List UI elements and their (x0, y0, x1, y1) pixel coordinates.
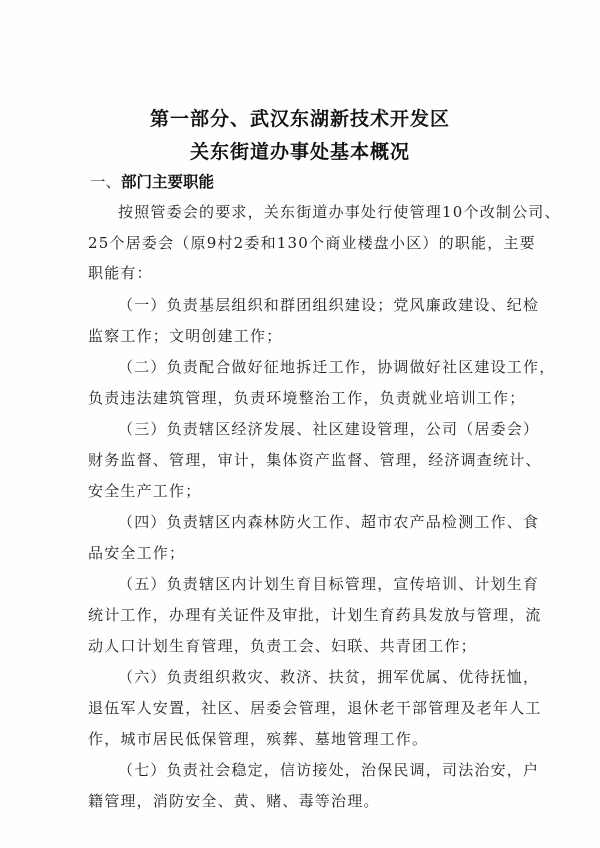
document-page: 第一部分、武汉东湖新技术开发区 关东街道办事处基本概况 一、部门主要职能 按照管… (0, 0, 600, 848)
paragraph-line: 负责违法建筑管理，负责环境整治工作，负责就业培训工作； (88, 387, 528, 408)
paragraph-line: 按照管委会的要求，关东街道办事处行使管理10个改制公司、 (118, 201, 558, 222)
paragraph-line: 作，城市居民低保管理，殡葬、墓地管理工作。 (88, 728, 528, 749)
paragraph-line: 职能有： (88, 262, 528, 283)
paragraph-line: （二）负责配合做好征地拆迁工作，协调做好社区建设工作， (118, 356, 558, 377)
paragraph-line: （一）负责基层组织和群团组织建设；党风廉政建设、纪检 (118, 294, 558, 315)
paragraph-line: 监察工作；文明创建工作； (88, 325, 528, 346)
title-line-2: 关东街道办事处基本概况 (0, 137, 600, 164)
paragraph-line: 动人口计划生育管理，负责工会、妇联、共青团工作； (88, 635, 528, 656)
title-line-1: 第一部分、武汉东湖新技术开发区 (0, 104, 600, 131)
paragraph-line: 25个居委会（原9村2委和130个商业楼盘小区）的职能，主要 (88, 232, 528, 253)
paragraph-line: 品安全工作； (88, 542, 528, 563)
paragraph-line: （三）负责辖区经济发展、社区建设管理，公司（居委会） (118, 418, 558, 439)
paragraph-line: 统计工作，办理有关证件及审批，计划生育药具发放与管理，流 (88, 604, 528, 625)
paragraph-line: 退伍军人安置，社区、居委会管理，退休老干部管理及老年人工 (88, 697, 528, 718)
paragraph-line: 财务监督、管理，审计，集体资产监督、管理，经济调查统计、 (88, 449, 528, 470)
section-number: 一、 (90, 173, 121, 191)
paragraph-line: （七）负责社会稳定，信访接处，治保民调，司法治安，户 (118, 759, 558, 780)
paragraph-line: （四）负责辖区内森林防火工作、超市农产品检测工作、食 (118, 511, 558, 532)
paragraph-line: 籍管理，消防安全、黄、赌、毒等治理。 (88, 790, 528, 811)
section-heading-text: 部门主要职能 (121, 173, 214, 191)
paragraph-line: （六）负责组织救灾、救济、扶贫，拥军优属、优待抚恤， (118, 666, 558, 687)
paragraph-line: （五）负责辖区内计划生育目标管理，宣传培训、计划生育 (118, 573, 558, 594)
paragraph-line: 安全生产工作； (88, 480, 528, 501)
section-heading: 一、部门主要职能 (90, 170, 214, 192)
